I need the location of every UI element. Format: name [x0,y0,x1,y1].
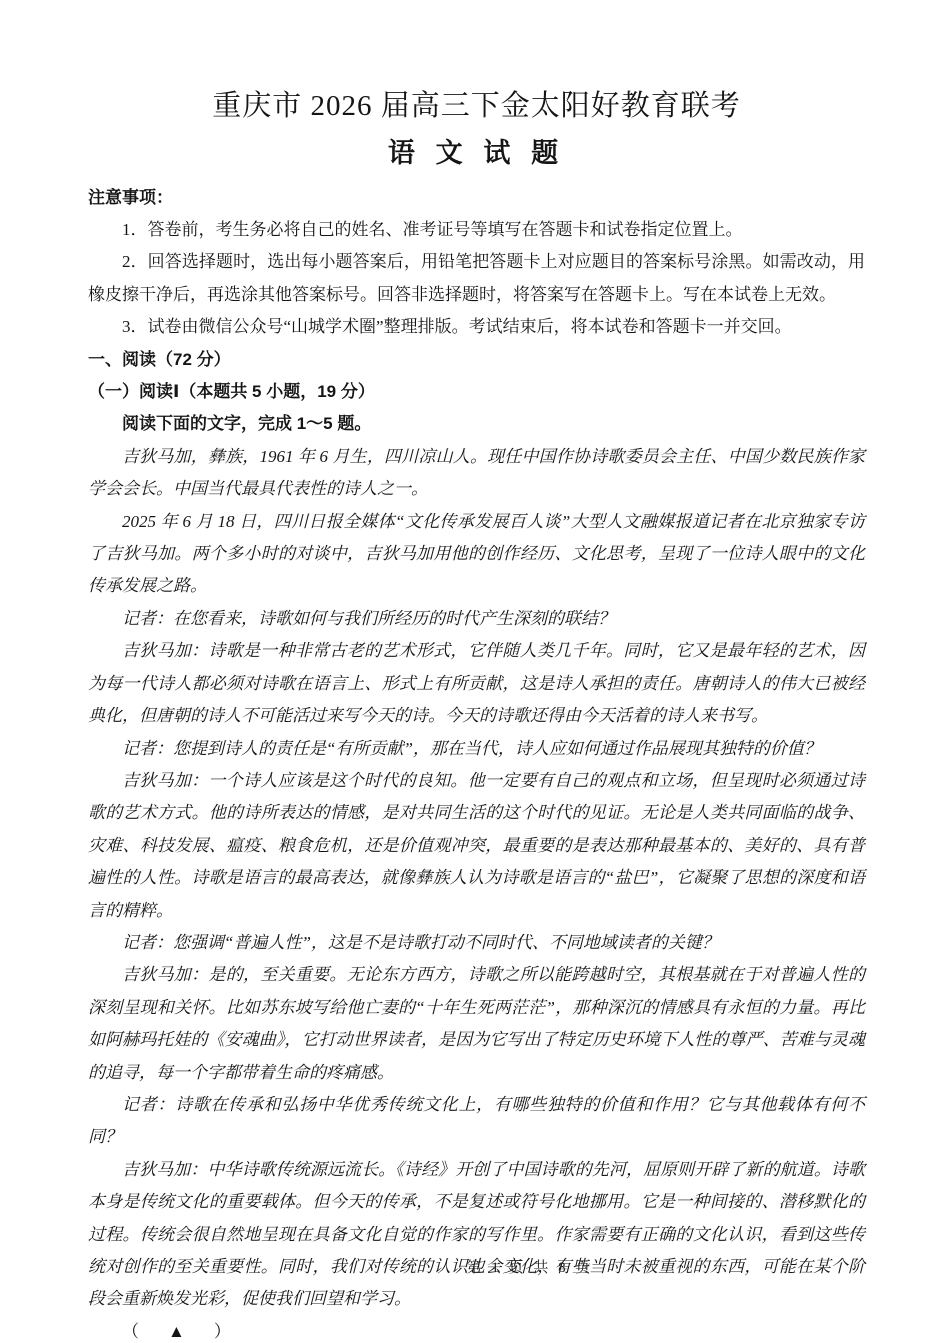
interview-question-4: 记者：诗歌在传承和弘扬中华优秀传统文化上，有哪些独特的价值和作用？它与其他载体有… [88,1089,865,1154]
reading-instruction: 阅读下面的文字，完成 1～5 题。 [88,408,865,440]
notice-heading: 注意事项： [88,182,865,214]
notice-item-1: 1．答卷前，考生务必将自己的姓名、准考证号等填写在答题卡和试卷指定位置上。 [88,214,865,246]
notice-item-2: 2．回答选择题时，选出每小题答案后，用铅笔把答题卡上对应题目的答案标号涂黑。如需… [88,246,865,311]
interview-answer-1: 吉狄马加：诗歌是一种非常古老的艺术形式，它伴随人类几千年。同时，它又是最年轻的艺… [88,635,865,732]
passage-paragraph-background: 2025 年 6 月 18 日，四川日报全媒体“文化传承发展百人谈”大型人文融媒… [88,506,865,603]
interview-question-3: 记者：您强调“普遍人性”，这是不是诗歌打动不同时代、不同地域读者的关键？ [88,927,865,959]
interview-answer-3: 吉狄马加：是的，至关重要。无论东方西方，诗歌之所以能跨越时空，其根基就在于对普遍… [88,959,865,1089]
interview-question-2: 记者：您提到诗人的责任是“有所贡献”，那在当代，诗人应如何通过作品展现其独特的价… [88,733,865,765]
answer-placeholder: （ ▲ ） [88,1316,865,1343]
passage-paragraph-intro: 吉狄马加，彝族，1961 年 6 月生，四川凉山人。现任中国作协诗歌委员会主任、… [88,441,865,506]
exam-subject-title: 语 文 试 题 [88,134,865,172]
section-heading-reading: 一、阅读（72 分） [88,344,865,376]
exam-title: 重庆市 2026 届高三下金太阳好教育联考 [88,88,865,124]
interview-question-1: 记者：在您看来，诗歌如何与我们所经历的时代产生深刻的联结？ [88,603,865,635]
exam-page: 重庆市 2026 届高三下金太阳好教育联考 语 文 试 题 注意事项： 1．答卷… [0,0,950,1343]
notice-item-3: 3．试卷由微信公众号“山城学术圈”整理排版。考试结束后，将本试卷和答题卡一并交回… [88,311,865,343]
interview-answer-4: 吉狄马加：中华诗歌传统源远流长。《诗经》开创了中国诗歌的先河，屈原则开辟了新的航… [88,1154,865,1316]
subsection-heading-reading-1: （一）阅读Ⅰ（本题共 5 小题，19 分） [88,376,865,408]
interview-answer-2: 吉狄马加：一个诗人应该是这个时代的良知。他一定要有自己的观点和立场，但呈现时必须… [88,765,865,927]
page-footer: 第 1 页 共 8 页 [55,1256,950,1277]
